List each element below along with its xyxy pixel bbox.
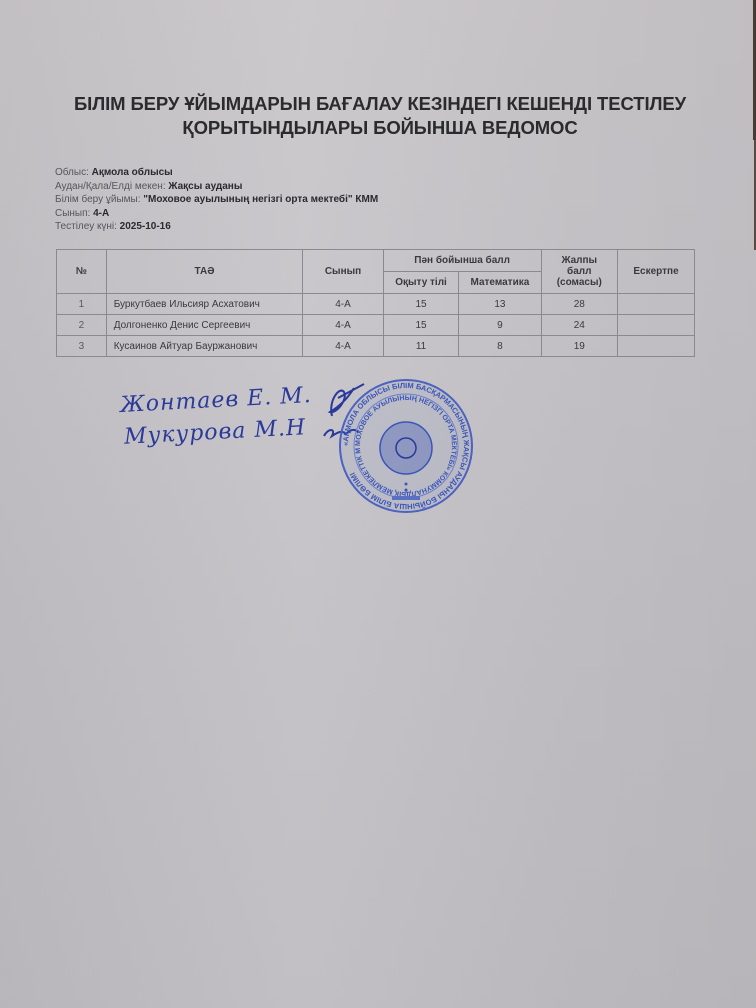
official-stamp: «АҚМОЛА ОБЛЫСЫ БІЛІМ БАСҚАРМАСЫНЫҢ ЖАҚСЫ… [338, 378, 474, 514]
cell-num: 3 [57, 336, 107, 357]
cell-subject-language: 15 [383, 294, 459, 315]
info-organization: Білім беру ұйымы: "Моховое ауылының негі… [55, 193, 378, 207]
signature-2: Мукурова М.Н [123, 415, 306, 449]
cell-subject-language: 15 [383, 315, 459, 336]
title-line-2: ҚОРЫТЫНДЫЛАРЫ БОЙЫНША ВЕДОМОС [60, 116, 700, 140]
info-district: Аудан/Қала/Елді мекен: Жақсы ауданы [55, 180, 378, 194]
cell-subject-language: 11 [383, 336, 459, 357]
header-note: Ескертпе [618, 250, 695, 294]
table-row: 3Кусаинов Айтуар Бауржанович4-А11819 [57, 336, 695, 357]
cell-num: 1 [57, 294, 107, 315]
header-class: Сынып [303, 250, 384, 294]
info-test-date: Тестілеу күні: 2025-10-16 [55, 220, 378, 234]
cell-total: 24 [541, 315, 618, 336]
cell-num: 2 [57, 315, 107, 336]
title-line-1: БІЛІМ БЕРУ ҰЙЫМДАРЫН БАҒАЛАУ КЕЗІНДЕГІ К… [60, 92, 700, 116]
info-block: Облыс: Ақмола облысы Аудан/Қала/Елді мек… [55, 166, 378, 234]
table-row: 1Буркутбаев Ильсияр Асхатович4-А151328 [57, 294, 695, 315]
info-region: Облыс: Ақмола облысы [55, 166, 378, 180]
cell-class: 4-А [303, 315, 384, 336]
cell-name: Буркутбаев Ильсияр Асхатович [106, 294, 303, 315]
results-table: № ТАӘ Сынып Пән бойынша балл Жалпы балл … [56, 249, 695, 357]
signature-1: Жонтаев Е. М. [119, 383, 312, 418]
cell-subject-math: 13 [459, 294, 541, 315]
cell-class: 4-А [303, 294, 384, 315]
cell-total: 19 [541, 336, 618, 357]
cell-class: 4-А [303, 336, 384, 357]
cell-subject-math: 8 [459, 336, 541, 357]
info-class: Сынып: 4-А [55, 207, 378, 221]
cell-subject-math: 9 [459, 315, 541, 336]
cell-total: 28 [541, 294, 618, 315]
document-title: БІЛІМ БЕРУ ҰЙЫМДАРЫН БАҒАЛАУ КЕЗІНДЕГІ К… [60, 92, 700, 140]
cell-note [618, 315, 695, 336]
cell-note [618, 294, 695, 315]
cell-name: Долгоненко Денис Сергеевич [106, 315, 303, 336]
header-subject-math: Математика [459, 272, 541, 294]
header-name: ТАӘ [106, 250, 303, 294]
header-total: Жалпы балл (сомасы) [541, 250, 618, 294]
cell-note [618, 336, 695, 357]
header-subject-language: Оқыту тілі [383, 272, 459, 294]
table-row: 2Долгоненко Денис Сергеевич4-А15924 [57, 315, 695, 336]
cell-name: Кусаинов Айтуар Бауржанович [106, 336, 303, 357]
header-subjects: Пән бойынша балл [383, 250, 541, 272]
header-num: № [57, 250, 107, 294]
